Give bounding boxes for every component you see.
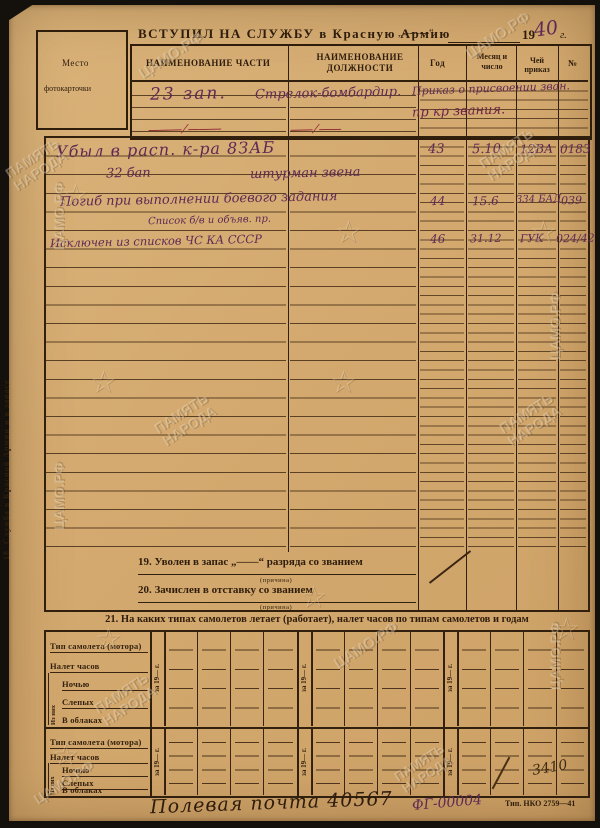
section18-vertical-caption: 18. Служба в Красной Армии и в запасе [2,190,11,560]
main-table-right [588,136,590,610]
print-info: Тип. НКО 2759—41 [505,799,575,808]
year-suffix: г. [560,29,567,41]
bt-cell [523,631,556,726]
bt2-label-type: Тип самолета (мотора) [50,729,148,749]
bt-cell [377,631,410,726]
bt-cell [230,631,263,726]
hw-entry-2-number: 0183 [560,142,591,157]
hw-entry-6-date: 31.12 [470,232,502,246]
bt-cell [164,631,197,726]
bt-cell [311,729,344,795]
col-header-year: Год [430,58,445,68]
section20-text: 20. Зачислен в отставку со званием [138,584,313,596]
bt-cell [410,729,443,795]
bt1-label-night: Ночью [62,672,148,691]
hw-entry-4-number: 039 [561,194,582,207]
section20-blank-line [138,602,416,603]
bt-cell [197,729,230,795]
hw-entry-3-unit: 32 бап [106,166,151,182]
hw-red-mark-left: ——— ⁄ ——— [148,121,221,137]
year-handwritten: 40 [533,16,560,41]
hw-red-mark-right: —— ⁄ —— [290,121,341,136]
hw-entry-6-year: 46 [430,232,446,246]
bt2-label-clouds: В облаках [62,789,148,796]
hw-entry-4-date: 15.6 [472,194,499,209]
section21-title: 21. На каких типах самолетов летает (раб… [44,614,590,625]
bt-cell [164,729,197,795]
bt-cell [457,631,490,726]
bt-left [44,630,46,796]
bt-cell [556,631,588,726]
bt-cell [490,631,523,726]
bt-right [588,630,590,796]
section19-caption: (причина) [260,577,292,584]
bt1-label-type: Тип самолета (мотора) [50,630,148,653]
col-header-order: Чей приказ [518,56,556,74]
col-header-position: НАИМЕНОВАНИЕ ДОЛЖНОСТИ [310,52,410,74]
hw-entry-2-order: 12ВА [520,142,553,157]
bt-cell [344,631,377,726]
bt1-label-hours: Налет часов [50,652,148,673]
hw-entry-2-year: 43 [428,142,445,157]
scanned-military-document: ВСТУПИЛ НА СЛУЖБУ в Красную Армию „-----… [0,0,600,828]
photo-box-line2: фотокарточки [44,84,91,93]
bt2-of-which: Из них [48,763,56,795]
hw-entry-2-date: 5.10 [472,142,501,158]
bt-cell [263,729,297,795]
section20-bottom-rule [44,610,590,612]
col-header-number: № [568,58,578,68]
hw-entry-6-number: 024/42 [556,232,595,246]
hw-position-1: Стрелок-бомбардир. [255,84,401,102]
main-divider-3 [466,136,467,610]
hw-entry-4-year: 44 [430,194,446,208]
main-divider-2 [418,136,419,610]
bt2-label-night: Ночью [62,763,148,777]
torn-corner [0,0,40,26]
bt-cell [410,631,443,726]
hw-entry-6-order: ГУК [520,232,544,245]
bt-cell [230,729,263,795]
bt1-of-which: Из них [48,673,57,725]
main-divider-4 [516,136,517,610]
photo-box-line1: Место [62,58,89,68]
hw-unit-1: 23 зап. [150,83,227,105]
date-quote-line: „--------“ [398,28,434,39]
main-divider-5 [558,136,559,610]
bt1-label-blind: Слепых [62,690,148,709]
photo-box: Место фотокарточки [36,30,128,130]
section19-blank-line [138,574,416,575]
hw-entry-4-order: 334 БАД [516,194,562,206]
bt-cell [344,729,377,795]
section19-text: 19. Уволен в запас „——“ разряда со звани… [138,556,363,568]
bt-cell [457,729,490,795]
bt-cell [311,631,344,726]
bt2-label-hours: Налет часов [50,748,148,764]
bt1-label-clouds: В облаках [62,708,148,726]
bt-cell [263,631,297,726]
bt-cell [197,631,230,726]
bt-cell [377,729,410,795]
hw-entry-3-position: штурман звена [250,165,361,182]
col-header-unit: НАИМЕНОВАНИЕ ЧАСТИ [146,58,270,68]
date-blank-line [448,42,520,43]
col-header-month: Месяц и число [472,52,512,71]
